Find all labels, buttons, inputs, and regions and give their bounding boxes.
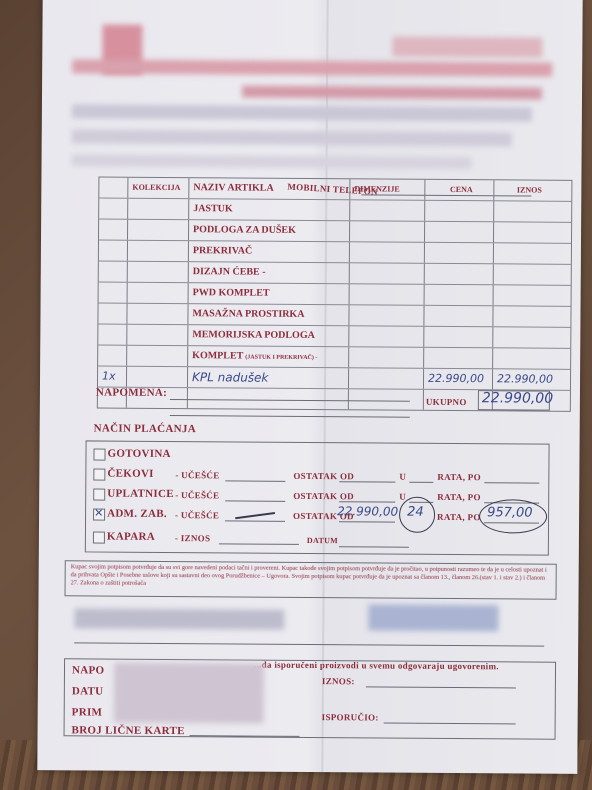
- slips-deposit-label: - UČEŠĆE: [175, 490, 219, 500]
- collection-cell: [128, 199, 189, 219]
- amount-cell: [494, 285, 560, 305]
- qty-cell: [99, 199, 128, 219]
- qty-cell: 1x: [98, 367, 127, 387]
- delivery-receiver-label: PRIM: [72, 706, 103, 718]
- item-name-cell-text: JASTUK: [193, 203, 233, 214]
- price-cell: [425, 201, 494, 221]
- amount-cell: [494, 264, 560, 284]
- price-cell: 22.990,00: [424, 369, 493, 389]
- header-item-name: NAZIV ARTIKLA: [189, 178, 350, 199]
- item-name-cell-text: DIZAJN ĆEBE -: [193, 266, 266, 278]
- header-collection: KOLEKCIJA: [128, 178, 189, 198]
- header-dimensions: DIMENZIJE: [350, 179, 425, 200]
- item-name-cell-text: PWD KOMPLET: [193, 287, 270, 299]
- item-note-text: (JASTUK I PREKRIVAČ) -: [245, 355, 317, 362]
- item-name-cell-text: KOMPLET: [192, 350, 243, 361]
- price-cell: [425, 285, 494, 305]
- admin-ban-installment-value: 957,00: [487, 505, 533, 520]
- price-cell: [424, 327, 493, 347]
- dimensions-cell: [349, 368, 424, 389]
- id-card-label: BROJ LIČNE KARTE: [72, 724, 185, 737]
- order-form-paper: MOBILNI TELEFON KOLEKCIJA NAZIV ARTIKLA …: [37, 0, 582, 774]
- redacted-delivery-fields: [114, 663, 264, 724]
- amount-cell: [494, 243, 560, 263]
- admin-ban-installment-label: RATA, PO: [437, 512, 481, 522]
- collection-cell: [127, 325, 188, 345]
- item-name-cell-text: MEMORIJSKA PODLOGA: [192, 329, 315, 341]
- price-cell: [425, 243, 494, 263]
- qty-cell: [98, 304, 127, 324]
- notes-line-2: [170, 415, 410, 418]
- checks-installment-label: RATA, PO: [437, 472, 481, 482]
- delivery-note-label: NAPO: [72, 664, 104, 676]
- payment-method-title: NAČIN PLAĆANJA: [94, 422, 196, 435]
- signature-separator: [74, 642, 544, 646]
- down-payment-label: KAPARA: [107, 531, 155, 543]
- checks-checkbox[interactable]: [93, 468, 105, 480]
- collection-cell: [127, 304, 188, 324]
- checks-in-label: U: [399, 472, 406, 482]
- dimensions-cell: [350, 200, 425, 221]
- dimensions-cell: [350, 284, 425, 305]
- total-label: UKUPNO: [426, 397, 467, 407]
- collection-cell: [128, 283, 189, 303]
- collection-cell: [128, 241, 189, 261]
- slips-label: UPLATNICE: [107, 488, 174, 500]
- header-amount: IZNOS: [494, 180, 560, 200]
- collection-cell: [128, 262, 189, 282]
- item-name-cell: MASAŽNA PROSTIRKA: [188, 304, 349, 325]
- dimensions-cell: [350, 263, 425, 284]
- item-name-cell: KPL nadušek: [188, 367, 349, 388]
- item-name-cell: MEMORIJSKA PODLOGA: [188, 325, 349, 346]
- price-cell: [424, 348, 493, 368]
- item-name-cell: PREKRIVAČ: [189, 241, 350, 262]
- price-cell: [424, 306, 493, 326]
- down-payment-date-label: DATUM: [307, 536, 338, 545]
- item-name-cell-text: KPL nadušek: [192, 370, 268, 385]
- slips-rest-label: OSTATAK OD: [293, 491, 354, 501]
- collection-cell: [127, 367, 188, 387]
- item-name-cell: KOMPLET(JASTUK I PREKRIVAČ) -: [188, 346, 349, 367]
- amount-cell: [493, 348, 559, 368]
- delivery-date-label: DATU: [72, 685, 104, 697]
- collection-cell: [127, 346, 188, 366]
- item-name-cell-text: PODLOGA ZA DUŠEK: [193, 224, 296, 236]
- price-cell: [425, 264, 494, 284]
- item-name-cell: JASTUK: [189, 199, 350, 220]
- qty-cell: [98, 325, 127, 345]
- qty-cell: [99, 241, 128, 261]
- cash-label: GOTOVINA: [107, 448, 170, 460]
- amount-cell: [494, 222, 560, 242]
- header-qty: [99, 178, 128, 198]
- amount-cell-text: 22.990,00: [497, 372, 553, 385]
- amount-cell: [493, 306, 559, 326]
- total-value: 22.990,00: [482, 390, 553, 406]
- admin-ban-installments: 24: [407, 505, 424, 520]
- qty-cell: [99, 220, 128, 240]
- redacted-buyer-signature: [74, 608, 284, 629]
- qty-cell: [99, 283, 128, 303]
- admin-ban-label: ADM. ZAB.: [107, 508, 167, 520]
- checks-rest-label: OSTATAK OD: [293, 471, 354, 481]
- items-table: KOLEKCIJA NAZIV ARTIKLA DIMENZIJE CENA I…: [97, 177, 573, 412]
- qty-cell-text: 1x: [102, 370, 116, 383]
- checks-label: ČEKOVI: [107, 468, 154, 480]
- slips-installment-label: RATA, PO: [437, 492, 481, 502]
- checks-deposit-label: - UČEŠĆE: [175, 470, 219, 480]
- delivery-amount-label: IZNOS:: [322, 676, 355, 686]
- collection-cell: [128, 220, 189, 240]
- item-name-cell: PWD KOMPLET: [189, 283, 350, 304]
- delivery-statement: ...da isporučeni proizvodi u svemu odgov…: [254, 660, 499, 672]
- amount-cell: 22.990,00: [493, 369, 559, 389]
- checks-in-line: [409, 482, 433, 483]
- notes-label: NAPOMENA:: [96, 387, 167, 399]
- dimensions-cell: [350, 221, 425, 242]
- admin-ban-deposit-label: - UČEŠĆE: [175, 510, 219, 520]
- dimensions-cell: [349, 305, 424, 326]
- dimensions-cell: [350, 242, 425, 263]
- down-payment-amount-label: - IZNOS: [175, 533, 210, 543]
- amount-cell: [493, 327, 559, 347]
- header-price: CENA: [425, 180, 494, 200]
- price-cell: [425, 222, 494, 242]
- redacted-seller-signature: [368, 604, 498, 631]
- qty-cell: [99, 262, 128, 282]
- item-name-cell-text: MASAŽNA PROSTIRKA: [192, 308, 304, 320]
- down-payment-checkbox[interactable]: [93, 531, 105, 543]
- admin-ban-checkbox[interactable]: [93, 508, 105, 520]
- price-cell-text: 22.990,00: [428, 372, 484, 385]
- fine-print-text: Kupac svojim potpisom potvrđuje da su sv…: [71, 563, 551, 590]
- qty-cell: [98, 346, 127, 366]
- admin-ban-rest-value: 22.990,00: [337, 504, 398, 518]
- item-name-cell-text: PREKRIVAČ: [193, 245, 252, 256]
- dimensions-cell: [349, 347, 424, 368]
- delivered-by-label: ISPORUČIO:: [322, 712, 379, 722]
- amount-cell: [494, 201, 560, 221]
- item-name-cell: PODLOGA ZA DUŠEK: [189, 220, 350, 241]
- dimensions-cell: [349, 326, 424, 347]
- slips-checkbox[interactable]: [93, 488, 105, 500]
- item-name-cell: DIZAJN ĆEBE -: [189, 262, 350, 283]
- cash-checkbox[interactable]: [93, 448, 105, 460]
